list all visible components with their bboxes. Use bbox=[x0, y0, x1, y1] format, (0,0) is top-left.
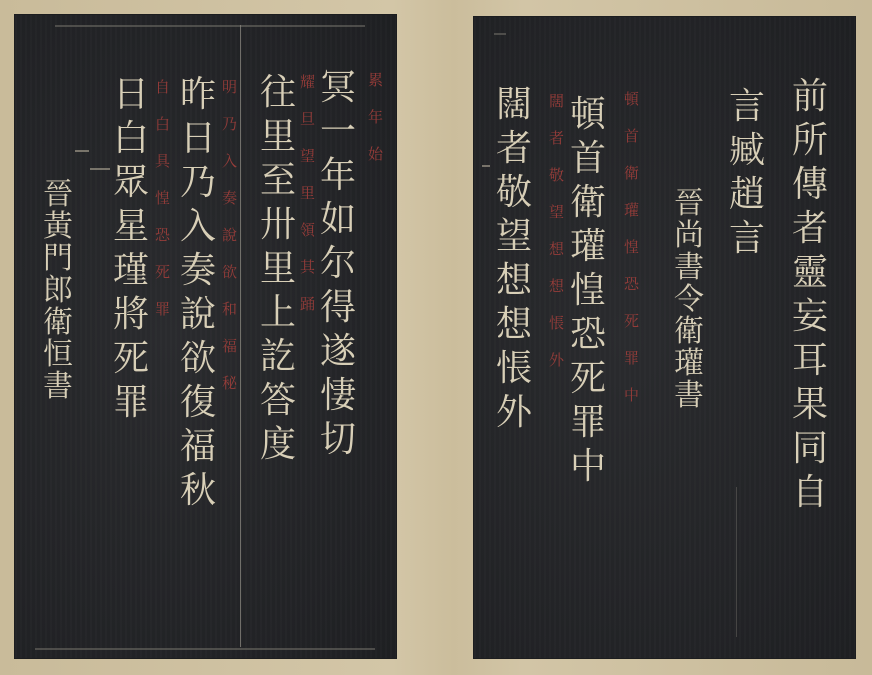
glyph: 外 bbox=[496, 395, 532, 431]
glyph: 瑾 bbox=[113, 253, 149, 289]
glyph: 罪 bbox=[624, 351, 639, 366]
glyph: 白 bbox=[155, 117, 170, 132]
glyph: 想 bbox=[496, 263, 532, 299]
glyph: 欲 bbox=[222, 265, 237, 280]
glyph: 恐 bbox=[624, 277, 639, 292]
glyph: 一 bbox=[320, 114, 356, 150]
glyph: 傳 bbox=[792, 167, 828, 203]
glyph: 書 bbox=[43, 372, 73, 402]
glyph: 入 bbox=[222, 154, 237, 169]
glyph: 恐 bbox=[155, 228, 170, 243]
glyph: 明 bbox=[222, 80, 237, 95]
glyph: 始 bbox=[368, 147, 383, 162]
glyph: 死 bbox=[624, 314, 639, 329]
glyph: 妄 bbox=[792, 299, 828, 335]
glyph: 說 bbox=[180, 297, 216, 333]
glyph: 外 bbox=[549, 353, 564, 368]
signature-column: 晉黃門郎衛恒書 bbox=[43, 180, 73, 404]
glyph: 往 bbox=[260, 75, 296, 111]
annotation-column-3: 明乃入奏說欲和福秘 bbox=[222, 80, 237, 413]
glyph: 上 bbox=[260, 295, 296, 331]
glyph: 眾 bbox=[113, 165, 149, 201]
glyph: 敬 bbox=[496, 175, 532, 211]
glyph: 里 bbox=[260, 119, 296, 155]
glyph: 想 bbox=[549, 279, 564, 294]
calligraphy-column-2: 往里至卅里上訖答度 bbox=[260, 75, 296, 471]
glyph: 答 bbox=[260, 383, 296, 419]
glyph: 惶 bbox=[155, 191, 170, 206]
glyph: 望 bbox=[549, 205, 564, 220]
glyph: 度 bbox=[260, 427, 296, 463]
glyph: 中 bbox=[570, 449, 606, 485]
glyph: 恒 bbox=[43, 340, 73, 370]
glyph: 昨 bbox=[180, 77, 216, 113]
glyph: 日 bbox=[180, 121, 216, 157]
glyph: 年 bbox=[368, 110, 383, 125]
top-border-line bbox=[55, 25, 365, 27]
glyph: 和 bbox=[222, 302, 237, 317]
left-album-page: 冥一年如尔得遂悽切 累年始 往里至卅里上訖答度 耀旦望里領其踊 昨日乃入奏說欲復… bbox=[15, 15, 396, 658]
glyph: 日 bbox=[113, 77, 149, 113]
glyph: 想 bbox=[549, 242, 564, 257]
column-divider-line bbox=[240, 25, 241, 647]
glyph: 自 bbox=[155, 80, 170, 95]
glyph: 欲 bbox=[180, 341, 216, 377]
glyph: 白 bbox=[113, 121, 149, 157]
calligraphy-column-3: 昨日乃入奏說欲復福秋 bbox=[180, 77, 216, 517]
glyph: 復 bbox=[180, 385, 216, 421]
glyph: 靈 bbox=[792, 255, 828, 291]
glyph: 乃 bbox=[180, 165, 216, 201]
annotation-column-1: 頓首衛瓘惶恐死罪中 bbox=[624, 92, 639, 425]
glyph: 惶 bbox=[624, 240, 639, 255]
glyph: 趙 bbox=[729, 177, 765, 213]
glyph: 闊 bbox=[549, 94, 564, 109]
glyph: 言 bbox=[729, 221, 765, 257]
glyph: 入 bbox=[180, 209, 216, 245]
glyph: 前 bbox=[792, 79, 828, 115]
glyph: 者 bbox=[496, 131, 532, 167]
glyph: 其 bbox=[300, 260, 315, 275]
annotation-column-2: 闊者敬望想想悵外 bbox=[549, 94, 564, 390]
glyph: 書 bbox=[674, 253, 704, 283]
glyph: 如 bbox=[320, 202, 356, 238]
annotation-column-2: 耀旦望里領其踊 bbox=[300, 75, 315, 334]
glyph: 望 bbox=[300, 149, 315, 164]
glyph: 頓 bbox=[570, 97, 606, 133]
bottom-border-line bbox=[35, 648, 375, 650]
glyph: 令 bbox=[674, 285, 704, 315]
glyph: 衛 bbox=[624, 166, 639, 181]
edge-mark bbox=[494, 33, 506, 35]
glyph: 頓 bbox=[624, 92, 639, 107]
glyph: 奏 bbox=[180, 253, 216, 289]
annotation-column-4: 自白具惶恐死罪 bbox=[155, 80, 170, 339]
glyph: 里 bbox=[260, 251, 296, 287]
glyph: 罪 bbox=[113, 385, 149, 421]
glyph: 敬 bbox=[549, 168, 564, 183]
glyph: 耳 bbox=[792, 343, 828, 379]
glyph: 秋 bbox=[180, 473, 216, 509]
glyph: 具 bbox=[155, 154, 170, 169]
glyph: 星 bbox=[113, 209, 149, 245]
calligraphy-column-3: 頓首衛瓘惶恐死罪中 bbox=[570, 97, 606, 493]
glyph: 旦 bbox=[300, 112, 315, 127]
glyph: 秘 bbox=[222, 376, 237, 391]
glyph: 臧 bbox=[729, 133, 765, 169]
ink-speck bbox=[90, 168, 110, 170]
glyph: 衛 bbox=[43, 308, 73, 338]
glyph: 果 bbox=[792, 387, 828, 423]
glyph: 衛 bbox=[674, 317, 704, 347]
glyph: 死 bbox=[113, 341, 149, 377]
glyph: 福 bbox=[180, 429, 216, 465]
glyph: 尚 bbox=[674, 221, 704, 251]
calligraphy-column-1: 前所傳者靈妄耳果同自 bbox=[792, 79, 828, 519]
glyph: 悵 bbox=[496, 351, 532, 387]
glyph: 乃 bbox=[222, 117, 237, 132]
glyph: 晉 bbox=[674, 189, 704, 219]
glyph: 悵 bbox=[549, 316, 564, 331]
glyph: 同 bbox=[792, 431, 828, 467]
glyph: 死 bbox=[570, 361, 606, 397]
glyph: 悽 bbox=[320, 378, 356, 414]
glyph: 福 bbox=[222, 339, 237, 354]
glyph: 自 bbox=[792, 475, 828, 511]
glyph: 尔 bbox=[320, 246, 356, 282]
glyph: 瓘 bbox=[624, 203, 639, 218]
ink-speck bbox=[75, 150, 89, 152]
glyph: 里 bbox=[300, 186, 315, 201]
glyph: 首 bbox=[624, 129, 639, 144]
glyph: 冥 bbox=[320, 70, 356, 106]
crack-line bbox=[736, 487, 737, 637]
glyph: 耀 bbox=[300, 75, 315, 90]
glyph: 年 bbox=[320, 158, 356, 194]
signature-column: 晉尚書令衛瓘書 bbox=[674, 189, 704, 413]
annotation-column-1: 累年始 bbox=[368, 73, 383, 184]
ink-speck bbox=[482, 165, 490, 167]
glyph: 想 bbox=[496, 307, 532, 343]
calligraphy-column-1: 冥一年如尔得遂悽切 bbox=[320, 70, 356, 466]
glyph: 闊 bbox=[496, 87, 532, 123]
glyph: 望 bbox=[496, 219, 532, 255]
glyph: 恐 bbox=[570, 317, 606, 353]
glyph: 奏 bbox=[222, 191, 237, 206]
glyph: 首 bbox=[570, 141, 606, 177]
glyph: 者 bbox=[792, 211, 828, 247]
glyph: 遂 bbox=[320, 334, 356, 370]
glyph: 郎 bbox=[43, 276, 73, 306]
calligraphy-column-2: 言臧趙言 bbox=[729, 89, 765, 265]
glyph: 門 bbox=[43, 244, 73, 274]
glyph: 者 bbox=[549, 131, 564, 146]
glyph: 訖 bbox=[260, 339, 296, 375]
glyph: 累 bbox=[368, 73, 383, 88]
glyph: 至 bbox=[260, 163, 296, 199]
glyph: 晉 bbox=[43, 180, 73, 210]
glyph: 將 bbox=[113, 297, 149, 333]
glyph: 死 bbox=[155, 265, 170, 280]
glyph: 言 bbox=[729, 89, 765, 125]
glyph: 說 bbox=[222, 228, 237, 243]
glyph: 惶 bbox=[570, 273, 606, 309]
glyph: 領 bbox=[300, 223, 315, 238]
calligraphy-column-4: 日白眾星瑾將死罪 bbox=[113, 77, 149, 429]
glyph: 黃 bbox=[43, 212, 73, 242]
glyph: 罪 bbox=[155, 302, 170, 317]
glyph: 中 bbox=[624, 388, 639, 403]
glyph: 卅 bbox=[260, 207, 296, 243]
glyph: 所 bbox=[792, 123, 828, 159]
glyph: 書 bbox=[674, 381, 704, 411]
glyph: 瓘 bbox=[674, 349, 704, 379]
glyph: 切 bbox=[320, 422, 356, 458]
glyph: 踊 bbox=[300, 297, 315, 312]
glyph: 罪 bbox=[570, 405, 606, 441]
glyph: 得 bbox=[320, 290, 356, 326]
glyph: 衛 bbox=[570, 185, 606, 221]
calligraphy-column-4: 闊者敬望想想悵外 bbox=[496, 87, 532, 439]
right-album-page: 前所傳者靈妄耳果同自 言臧趙言 晉尚書令衛瓘書 頓首衛瓘惶恐死罪中 頓首衛瓘惶恐… bbox=[474, 17, 855, 658]
glyph: 瓘 bbox=[570, 229, 606, 265]
